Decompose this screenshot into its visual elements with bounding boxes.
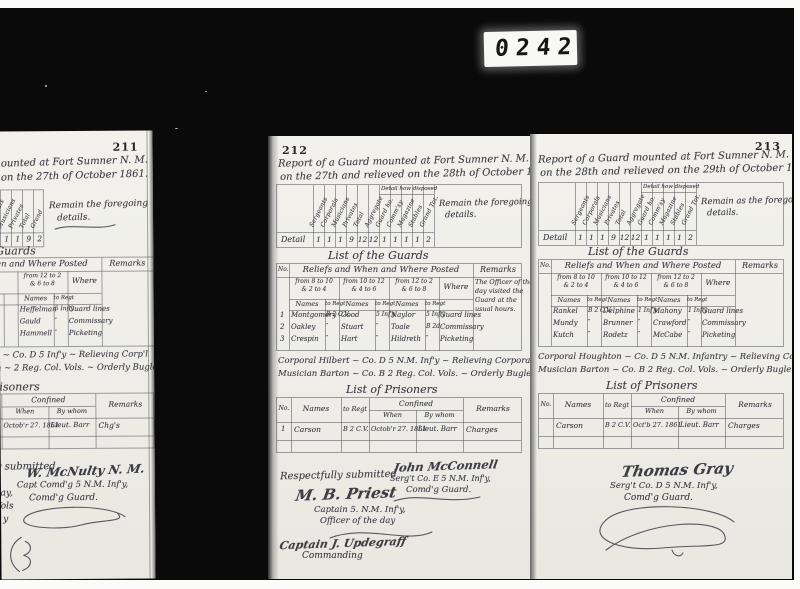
- relief-time: from 10 to 12: [601, 275, 651, 282]
- regt-header: to Regt: [687, 297, 701, 303]
- signature-name: W. McNulty N. M.: [25, 462, 146, 480]
- where-posted: Picketing: [702, 332, 735, 340]
- where-posted: Guard lines: [702, 308, 743, 316]
- signature-name: M. B. Priest: [294, 484, 398, 504]
- relief-time: from 10 to 12: [339, 279, 389, 286]
- guards-table: Reliefs and When and Where Posted Remark…: [0, 256, 155, 348]
- no-header: No.: [277, 406, 291, 413]
- where-posted: Guard lines: [69, 306, 110, 314]
- page-margin-rule: [146, 131, 150, 579]
- frame-counter-digits: 0242: [494, 34, 580, 62]
- detail-value: 1: [597, 234, 608, 242]
- report-header-line2: relieved on the 27th of October 1861.: [0, 168, 148, 184]
- relief-time: from 12 to 2: [651, 275, 701, 282]
- prisoner-name: Carson: [294, 426, 321, 434]
- regt-header: to Regt: [587, 297, 601, 303]
- reliefs-header: Reliefs and When and Where Posted: [0, 260, 101, 271]
- flourish-underline: [53, 223, 117, 231]
- detail-value: 1: [641, 234, 652, 242]
- prisoners-list-title: List of Prisoners: [0, 381, 40, 394]
- guard-regt: ″: [638, 320, 640, 327]
- detail-value: 1: [412, 236, 423, 244]
- prisoners-table: Confined When By whom Remarks Octob'r 27…: [0, 392, 155, 450]
- remarks-header: Remarks: [101, 259, 153, 268]
- detail-group-header: Detail how disposed: [643, 184, 699, 190]
- detail-remark-line1: Remain the foregoing: [439, 198, 530, 209]
- remarks-header: Remarks: [735, 262, 785, 271]
- names-header: Names: [651, 297, 687, 304]
- relief-time: & 4 to 6: [601, 283, 651, 290]
- row-no: 3: [280, 336, 284, 344]
- detail-value: 2: [423, 236, 434, 244]
- relief-time: from 8 to 10: [289, 279, 339, 286]
- prisoner-remarks: Charges: [466, 426, 498, 434]
- commanding-officer-name: Captain J. Updegraff: [278, 536, 407, 552]
- when-header: When: [369, 412, 416, 419]
- flourish-stroke: [22, 541, 30, 570]
- detail-value: 2: [685, 234, 696, 242]
- guards-remark-line: The Officer of the: [475, 279, 530, 286]
- orderly-bugler-line: Musician Barton ~ Co. B 2 Reg. Col. Vols…: [278, 370, 530, 379]
- signature-flourish: [392, 494, 484, 504]
- names-header: Names: [601, 297, 637, 304]
- prisoner-confined-by: Lieut. Barr: [418, 426, 457, 434]
- confined-header: Confined: [369, 400, 463, 408]
- regt-header: to Regt: [341, 406, 369, 413]
- guard-name: Hart: [341, 336, 357, 344]
- detail-value: 1: [390, 236, 401, 244]
- detail-value: 1: [379, 236, 390, 244]
- names-header: Names: [389, 301, 425, 308]
- guards-table: No. Reliefs and When and Where Posted Re…: [276, 263, 522, 351]
- reliefs-header: Reliefs and When and Where Posted: [289, 266, 473, 275]
- where-posted: Commissary: [440, 324, 484, 332]
- regt-header: to Regt: [325, 301, 339, 307]
- detail-value: 9: [23, 235, 34, 243]
- detail-remark-line1: Remain the foregoing: [49, 199, 148, 212]
- signature-flourish: [9, 507, 135, 534]
- guard-name: Rankel: [553, 308, 578, 316]
- when-header: When: [1, 408, 48, 415]
- guard-name: Toale: [391, 324, 410, 332]
- cutoff-fragment: y: [3, 515, 8, 525]
- guard-regt: ″: [326, 336, 328, 343]
- flourish-stroke: [11, 537, 22, 571]
- detail-value: 12: [619, 234, 630, 242]
- detail-value: 1: [313, 236, 324, 244]
- orderly-bugler-line: Musician Barton ~ Co. B 2 Reg. Col. Vols…: [538, 366, 792, 375]
- signature-rank: Captain 5. N.M. Inf'y,: [314, 506, 406, 515]
- detail-remark-line1: Remain as the foregoing: [701, 196, 792, 208]
- prisoner-regt: B 2 C.V.: [343, 426, 368, 433]
- detail-value: 1: [663, 234, 674, 242]
- detail-value: 9: [608, 234, 619, 242]
- detail-value: 12: [368, 236, 379, 244]
- relief-time: from 8 to 10: [551, 275, 601, 282]
- where-header: Where: [439, 283, 473, 291]
- guard-name: Heffelman: [20, 306, 57, 314]
- guard-name: Mahony: [653, 308, 682, 316]
- page-number: 211: [113, 141, 139, 154]
- where-posted: Commissary: [69, 318, 113, 326]
- guard-regt: ″: [55, 318, 57, 325]
- relief-time: & 6 to 8: [651, 283, 701, 290]
- guards-remark-line: usual hours.: [475, 306, 516, 313]
- relieving-corporal-line: Corporal Hilbert ~ Co. D 5 N.M. Inf'y ~ …: [278, 357, 530, 366]
- relief-time: from 12 to 2: [389, 279, 439, 286]
- guard-name: Delphine: [603, 308, 635, 316]
- dust-speck: [205, 91, 207, 92]
- bywhom-header: By whom: [678, 408, 725, 415]
- prisoner-confined-when: Oct'b 27. 1861: [633, 422, 682, 429]
- relief-time: from 12 to 2: [17, 273, 67, 280]
- regt-header: to Regt: [637, 297, 651, 303]
- detail-value: 1: [335, 236, 346, 244]
- prisoner-regt: B 2 C.V.: [605, 422, 630, 429]
- regt-header: to Regt: [425, 301, 439, 307]
- guard-name: Hildreth: [391, 336, 421, 344]
- where-posted: Picketing: [440, 336, 473, 344]
- guards-remark-line: day visited the: [475, 288, 523, 295]
- detail-value: 9: [346, 236, 357, 244]
- detail-value: 12: [357, 236, 368, 244]
- column-label: Grand: [30, 209, 45, 230]
- guards-list-title: List of the Guards: [0, 245, 36, 258]
- guards-list-title: List of the Guards: [588, 246, 688, 258]
- detail-table: Detail how disposed Sergeants Corporals …: [276, 184, 522, 248]
- guards-remark-line: Guard at the: [475, 297, 517, 304]
- names-header: Names: [553, 401, 603, 409]
- detail-group-header: Detail how disposed: [381, 186, 437, 192]
- microfilm-scan: 0242 211 Guard mounted at Fort Sumner N.…: [0, 0, 800, 589]
- signature-role: Comd'g Guard.: [624, 494, 693, 504]
- page-212: 212 Report of a Guard mounted at Fort Su…: [268, 136, 530, 579]
- guard-regt: ″: [588, 332, 590, 339]
- where-posted: Commissary: [702, 320, 746, 328]
- regt-header: to Regt: [54, 295, 68, 301]
- guard-name: Brunner: [603, 320, 633, 328]
- detail-value: 1: [652, 234, 663, 242]
- guard-regt: ″: [588, 320, 590, 327]
- flourish-stroke: [600, 507, 734, 550]
- prisoner-confined-by: Lieut. Barr: [680, 422, 719, 430]
- page-211: 211 Guard mounted at Fort Sumner N. M. r…: [0, 130, 156, 579]
- prisoners-table: No. Names to Regt Confined When By whom …: [276, 397, 522, 453]
- signature-role: Officer of the day: [320, 517, 395, 526]
- confined-header: Confined: [1, 396, 95, 405]
- regt-header: to Regt: [603, 402, 631, 409]
- relief-time: & 4 to 6: [339, 287, 389, 294]
- guard-regt: ″: [688, 332, 690, 339]
- guard-name: Stuart: [341, 324, 363, 332]
- remarks-header: Remarks: [473, 266, 523, 275]
- bywhom-header: By whom: [416, 412, 463, 419]
- regt-header: to Regt: [375, 301, 389, 307]
- page-number: 212: [282, 144, 308, 157]
- guard-regt: ″: [326, 324, 328, 331]
- signature-rank: Capt Comd'g 5 N.M. Inf'y,: [17, 481, 128, 491]
- bywhom-header: By whom: [48, 408, 95, 415]
- guard-regt: ″: [426, 336, 428, 343]
- signature-rank: Serg't Co. E 5 N.M. Inf'y,: [390, 475, 491, 484]
- detail-value: 2: [34, 235, 45, 243]
- dust-speck: [175, 128, 178, 129]
- no-header: No.: [540, 263, 551, 270]
- remarks-header: Remarks: [725, 401, 785, 409]
- remarks-header: Remarks: [463, 405, 523, 413]
- prisoners-list-title: List of Prisoners: [346, 384, 438, 396]
- detail-table: Detail how disposed Sergeants Corporals …: [538, 182, 784, 246]
- names-header: Names: [289, 301, 325, 308]
- when-header: When: [631, 408, 678, 415]
- guard-name: Good: [341, 312, 360, 320]
- guard-name: McCabe: [653, 332, 682, 340]
- flourish-stroke: [672, 550, 683, 556]
- guard-name: Mundy: [553, 320, 578, 328]
- guard-name: Naylor: [391, 312, 415, 320]
- signature-name: John McConnell: [393, 458, 499, 474]
- prisoners-table: No. Names to Regt Confined When By whom …: [538, 393, 784, 449]
- row-no: 1: [281, 426, 285, 434]
- flourish-stroke: [394, 497, 480, 501]
- signature-role: Comd'g Guard.: [29, 494, 98, 504]
- where-header: Where: [67, 277, 101, 285]
- detail-value: 1: [575, 234, 586, 242]
- where-header: Where: [701, 279, 735, 287]
- relief-time: & 6 to 8: [17, 281, 67, 288]
- prisoner-name: Carson: [556, 422, 583, 430]
- guard-name: Hammell: [20, 330, 52, 338]
- ink-curl: [1, 533, 31, 573]
- flourish-stroke: [24, 507, 126, 528]
- guard-regt: ″: [55, 330, 57, 337]
- signature-name: Thomas Gray: [620, 460, 734, 480]
- no-header: No.: [278, 267, 289, 274]
- detail-remark-line2: details.: [707, 209, 739, 219]
- prisoners-list-title: List of Prisoners: [606, 380, 698, 392]
- detail-remark-line2: details.: [445, 211, 477, 221]
- guard-name: Oakley: [291, 324, 316, 332]
- no-header: No.: [539, 402, 553, 409]
- relief-time: & 2 to 4: [551, 283, 601, 290]
- frame-counter: 0242: [484, 30, 578, 67]
- detail-value: 1: [401, 236, 412, 244]
- remarks-header: Remarks: [95, 400, 155, 409]
- signature-flourish: [576, 506, 746, 561]
- prisoner-remarks: Chg's: [98, 422, 119, 430]
- confined-header: Confined: [631, 396, 725, 404]
- guards-table: No. Reliefs and When and Where Posted Re…: [538, 259, 784, 347]
- guard-name: Crawford: [653, 320, 687, 328]
- names-header: Names: [18, 295, 54, 302]
- signature-rank: Serg't Co. D 5 N.M. Inf'y,: [610, 482, 718, 491]
- row-no: 1: [280, 312, 284, 320]
- names-header: Names: [551, 297, 587, 304]
- prisoner-remarks: Charges: [728, 422, 760, 430]
- relief-time: & 2 to 4: [289, 287, 339, 294]
- orderly-bugler-line: Musician ~ 2 Reg. Col. Vols. ~ Orderly B…: [0, 363, 156, 374]
- guard-regt: ″: [638, 332, 640, 339]
- guards-list-title: List of the Guards: [328, 250, 428, 262]
- commanding-officer-title: Commanding: [302, 552, 363, 562]
- names-header: Names: [339, 301, 375, 308]
- flourish-stroke: [55, 225, 115, 229]
- names-header: Names: [291, 405, 341, 413]
- detail-value: 1: [324, 236, 335, 244]
- detail-value: 1: [1, 235, 12, 243]
- guard-regt: ″: [376, 336, 378, 343]
- detail-value: 1: [674, 234, 685, 242]
- guard-regt: ″: [688, 320, 690, 327]
- dust-speck: [45, 85, 47, 87]
- relief-time: & 6 to 8: [389, 287, 439, 294]
- guard-name: Rodetz: [603, 332, 628, 340]
- relieving-corporal-line: Corporal ~ Co. D 5 Inf'y ~ Relieving Cor…: [0, 351, 148, 362]
- where-posted: Picketing: [69, 330, 102, 338]
- submitted-line: Respectfully submitted: [280, 469, 397, 482]
- detail-value: 1: [12, 235, 23, 243]
- guard-regt: B 2d: [426, 324, 440, 331]
- detail-value: 1: [586, 234, 597, 242]
- detail-row-label: Detail: [543, 234, 567, 243]
- detail-row-label: Detail: [281, 236, 305, 245]
- row-no: 2: [280, 324, 284, 332]
- reliefs-header: Reliefs and When and Where Posted: [551, 262, 735, 271]
- where-posted: Guard lines: [440, 312, 481, 320]
- prisoner-confined-by: Lieut. Barr: [50, 422, 89, 430]
- detail-table: Corporals Musicians Privates Total Grand…: [0, 189, 44, 248]
- guard-name: Crespin: [291, 336, 319, 344]
- guard-name: Gauld: [20, 318, 41, 326]
- cutoff-fragment: way,: [0, 489, 13, 499]
- guard-name: Kutch: [553, 332, 574, 340]
- detail-value: 12: [630, 234, 641, 242]
- page-213: 213 Report of a Guard mounted at Fort Su…: [530, 134, 792, 579]
- guard-regt: ″: [376, 324, 378, 331]
- relieving-corporal-line: Corporal Houghton ~ Co. D 5 N.M. Infantr…: [538, 353, 792, 362]
